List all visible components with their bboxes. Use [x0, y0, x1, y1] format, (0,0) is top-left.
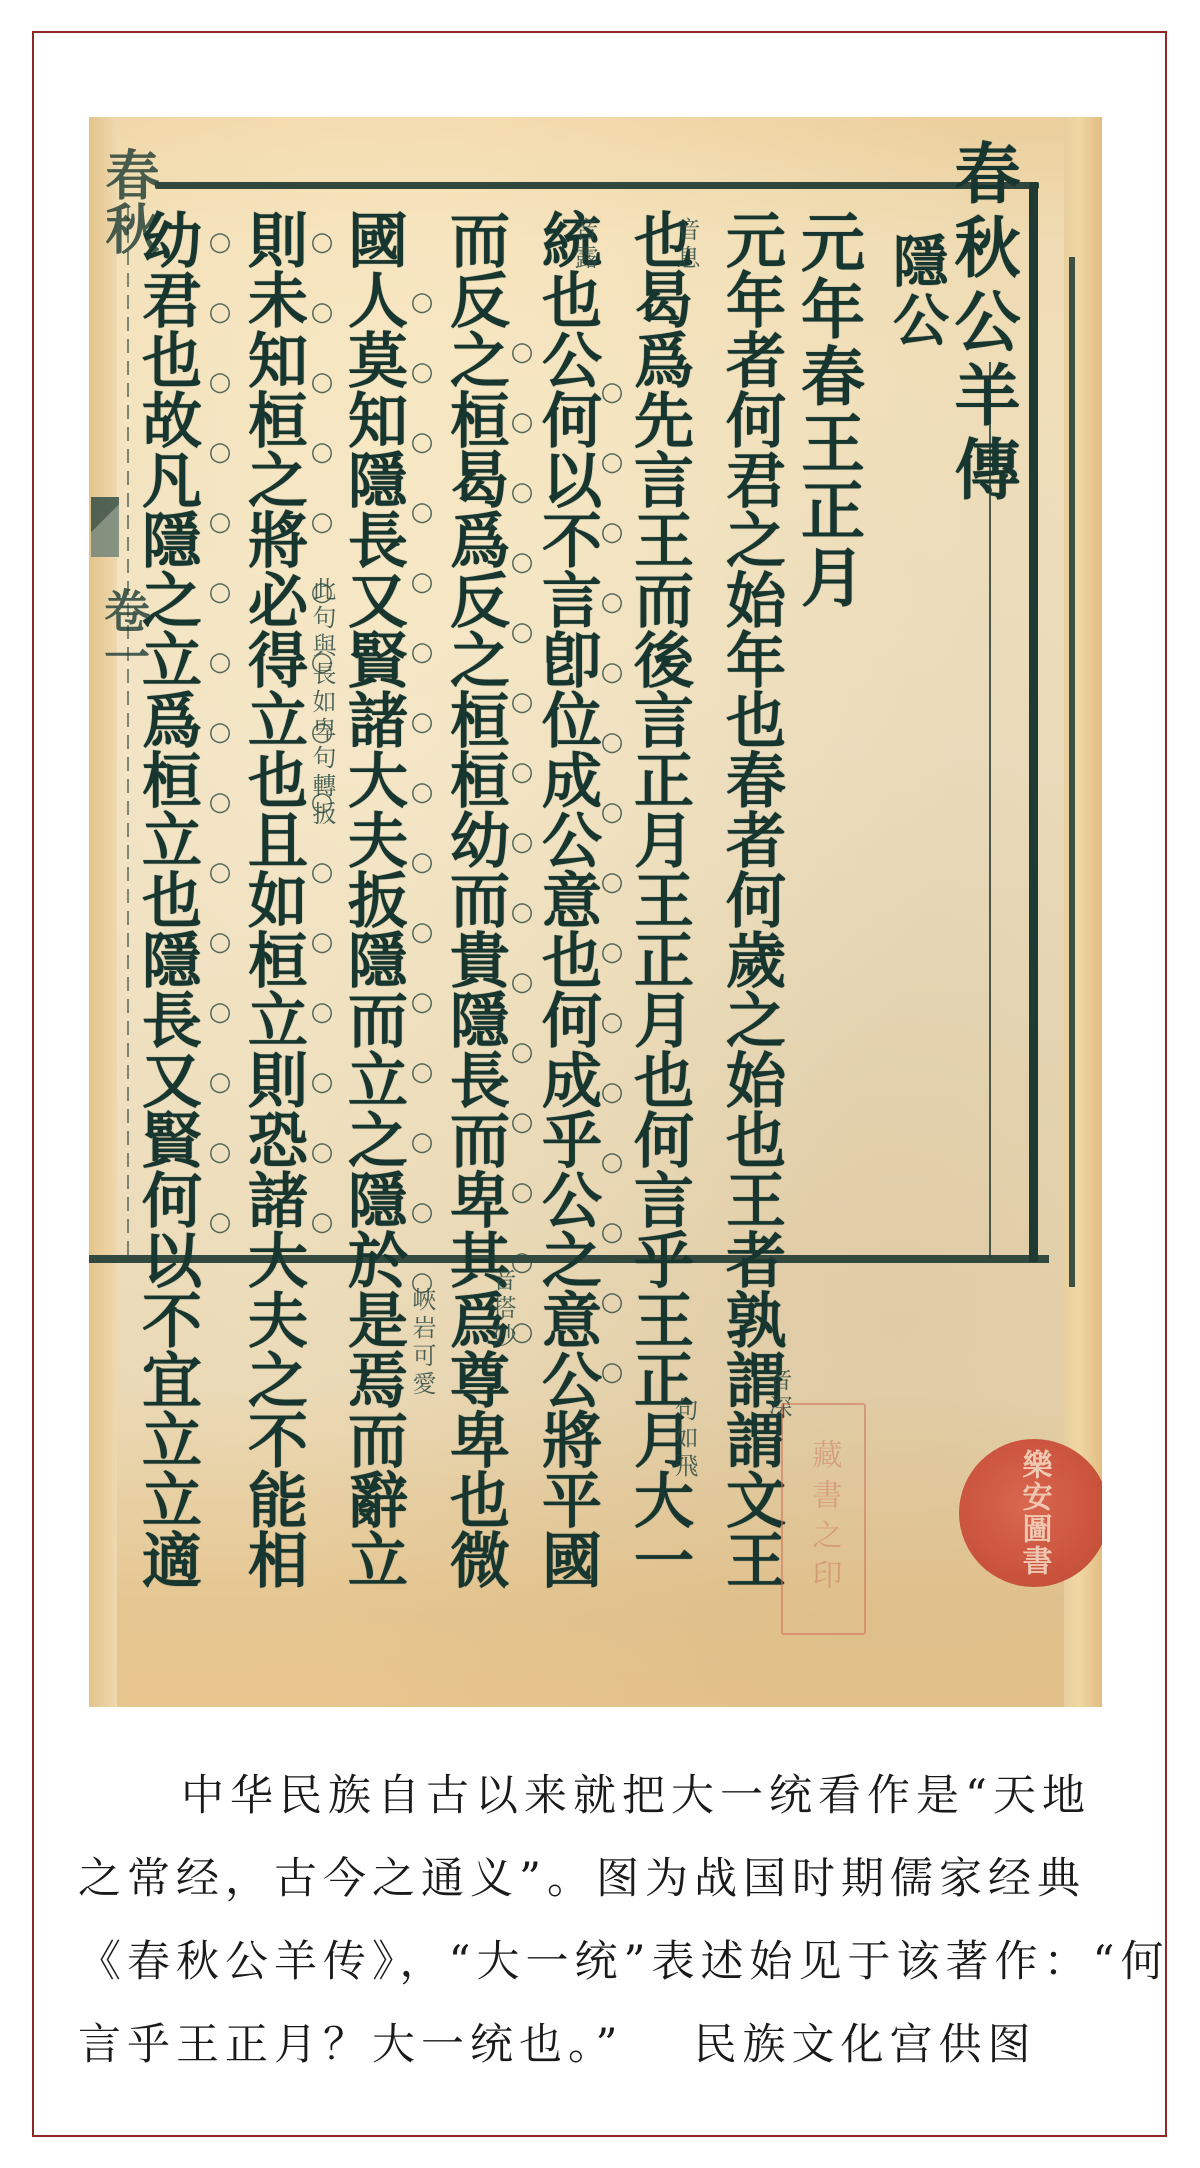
- fishtail-mark-icon: [91, 497, 119, 557]
- annotation-note: 音息: [669, 217, 704, 273]
- text-column-1: 元年春王正月: [795, 209, 859, 611]
- printed-outer-edge-rule: [1069, 257, 1075, 1287]
- caption-line-3: 《春秋公羊传》，“大一统”表述始见于该著作：“何: [78, 1921, 1128, 2004]
- page-left-binding: [89, 117, 117, 1707]
- annotation-note: 音露: [567, 217, 602, 273]
- book-page-photo: 春秋 卷一 春秋公羊傳 隱公 元年春王正月 元年者何君之始年也春者何歲之始也王者…: [89, 117, 1102, 1707]
- annotation-note: 此句與長如卑句轉扳: [305, 577, 340, 829]
- punctuation-circles: ○○○○○○○○○○○○○○○: [599, 377, 625, 1427]
- text-column-7: 則未知桓之將必得立也且如桓立則恐諸大夫之不能相: [243, 209, 303, 1589]
- text-column-5: 而反之桓曷爲反之桓桓幼而貴隱長而卑其爲尊卑也微: [445, 209, 505, 1589]
- caption-line-1: 中华民族自古以来就把大一统看作是“天地: [78, 1755, 1128, 1838]
- image-credit: 民族文化宫供图: [693, 2020, 1036, 2070]
- text-column-4: 統也公何以不言卽位成公意也何成乎公之意公將平國: [537, 209, 597, 1589]
- punctuation-circles: ○○○○○○○○○○○○○○○: [207, 227, 233, 1277]
- seal-rect-text: 藏書之印: [802, 1439, 846, 1599]
- annotation-note: 句如飛: [667, 1397, 702, 1481]
- caption-quote-end: 言乎王正月？大一统也。”: [78, 2020, 623, 2070]
- chapter-title-column: 隱公: [889, 232, 945, 350]
- seal-round-text: 樂安圖書: [1018, 1449, 1051, 1577]
- printed-right-rule: [1029, 182, 1038, 1262]
- book-title-column: 春秋公羊傳: [949, 139, 1015, 509]
- printed-top-rule: [155, 182, 1039, 189]
- collector-seal-rectangular: 藏書之印: [781, 1403, 866, 1635]
- figure-caption: 中华民族自古以来就把大一统看作是“天地 之常经，古今之通义”。图为战国时期儒家经…: [78, 1755, 1128, 2087]
- text-column-3: 也曷爲先言王而後言正月王正月也何言乎王正月大一: [629, 209, 689, 1589]
- collector-seal-round: 樂安圖書: [959, 1439, 1102, 1587]
- annotation-note: 峽岩可愛: [405, 1287, 440, 1399]
- punctuation-circles: ○○○○○○○○○○○○○○○: [509, 337, 535, 1387]
- caption-line-4: 言乎王正月？大一统也。”民族文化宫供图: [78, 2004, 1128, 2087]
- text-column-6: 國人莫知隱長又賢諸大夫扳隱而立之隱於是焉而辭立: [343, 209, 403, 1589]
- text-column-8: 幼君也故凡隱之立爲桓立也隱長又賢何以不宜立立適: [137, 209, 197, 1589]
- left-dashed-rule: [127, 207, 129, 1257]
- punctuation-circles: ○○○○○○○○○○○○○○○: [409, 287, 435, 1337]
- annotation-note: 音搭妙: [485, 1267, 520, 1351]
- caption-line-2: 之常经，古今之通义”。图为战国时期儒家经典: [78, 1838, 1128, 1921]
